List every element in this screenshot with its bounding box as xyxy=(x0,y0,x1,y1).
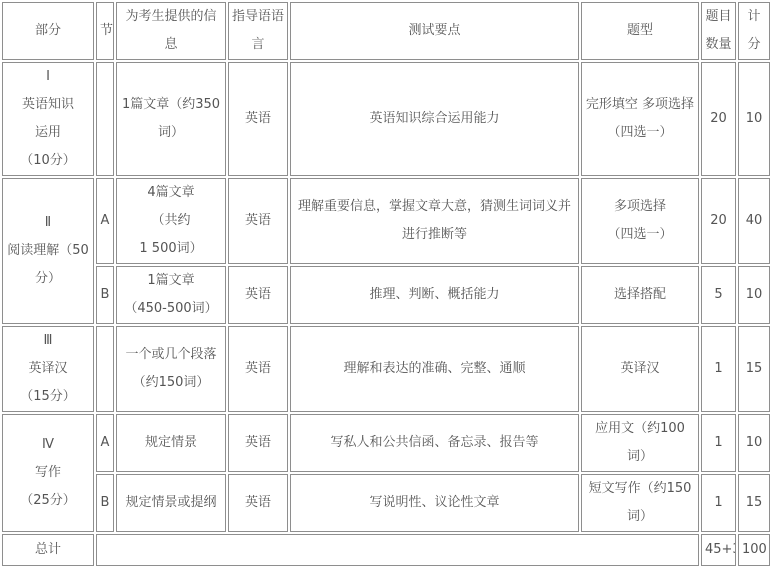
header-section: 节 xyxy=(96,2,114,60)
header-type: 题型 xyxy=(581,2,699,60)
total-count: 45+3 xyxy=(701,534,736,566)
part2a-count: 20 xyxy=(701,178,736,264)
part4a-type: 应用文（约100 词） xyxy=(581,414,699,472)
part2b-section: B xyxy=(96,266,114,324)
total-score: 100 xyxy=(738,534,770,566)
part4b-language: 英语 xyxy=(228,474,288,532)
part1-score: 10 xyxy=(738,62,770,176)
part1-part-label: Ⅰ 英语知识 运用 （10分） xyxy=(2,62,94,176)
header-language: 指导语语言 xyxy=(228,2,288,60)
row-part1: Ⅰ 英语知识 运用 （10分） 1篇文章（约350 词） 英语 英语知识综合运用… xyxy=(2,62,770,176)
part2b-type: 选择搭配 xyxy=(581,266,699,324)
part4-part-label: Ⅳ 写作 （25分） xyxy=(2,414,94,532)
header-row: 部分 节 为考生提供的信息 指导语语言 测试要点 题型 题目数量 计分 xyxy=(2,2,770,60)
part3-count: 1 xyxy=(701,326,736,412)
page: 部分 节 为考生提供的信息 指导语语言 测试要点 题型 题目数量 计分 Ⅰ 英语… xyxy=(0,0,773,566)
part4a-points: 写私人和公共信函、备忘录、报告等 xyxy=(290,414,579,472)
part4b-score: 15 xyxy=(738,474,770,532)
part1-language: 英语 xyxy=(228,62,288,176)
part4b-type: 短文写作（约150 词） xyxy=(581,474,699,532)
header-part: 部分 xyxy=(2,2,94,60)
part1-type: 完形填空 多项选择 （四选一） xyxy=(581,62,699,176)
part1-info: 1篇文章（约350 词） xyxy=(116,62,226,176)
header-points: 测试要点 xyxy=(290,2,579,60)
header-score: 计分 xyxy=(738,2,770,60)
part3-score: 15 xyxy=(738,326,770,412)
part2b-info: 1篇文章 （450-500词） xyxy=(116,266,226,324)
part2-part-label: Ⅱ 阅读理解（50 分） xyxy=(2,178,94,324)
part2a-info: 4篇文章 （共约 1 500词） xyxy=(116,178,226,264)
part2b-language: 英语 xyxy=(228,266,288,324)
part3-part-label: Ⅲ 英译汉 （15分） xyxy=(2,326,94,412)
part2a-type: 多项选择 （四选一） xyxy=(581,178,699,264)
part3-language: 英语 xyxy=(228,326,288,412)
part2a-points: 理解重要信息，掌握文章大意，猜测生词词义并进行推断等 xyxy=(290,178,579,264)
total-label: 总计 xyxy=(2,534,94,566)
total-empty-span xyxy=(96,534,699,566)
part2b-count: 5 xyxy=(701,266,736,324)
part4a-score: 10 xyxy=(738,414,770,472)
part1-count: 20 xyxy=(701,62,736,176)
part2b-points: 推理、判断、概括能力 xyxy=(290,266,579,324)
row-part4-a: Ⅳ 写作 （25分） A 规定情景 英语 写私人和公共信函、备忘录、报告等 应用… xyxy=(2,414,770,472)
part3-type: 英译汉 xyxy=(581,326,699,412)
header-info: 为考生提供的信息 xyxy=(116,2,226,60)
row-part2-b: B 1篇文章 （450-500词） 英语 推理、判断、概括能力 选择搭配 5 1… xyxy=(2,266,770,324)
row-total: 总计 45+3 100 xyxy=(2,534,770,566)
exam-structure-table: 部分 节 为考生提供的信息 指导语语言 测试要点 题型 题目数量 计分 Ⅰ 英语… xyxy=(0,0,772,566)
part4b-section: B xyxy=(96,474,114,532)
part3-section-empty xyxy=(96,326,114,412)
part4a-count: 1 xyxy=(701,414,736,472)
part4a-info: 规定情景 xyxy=(116,414,226,472)
part3-info: 一个或几个段落 （约150词） xyxy=(116,326,226,412)
part4b-info: 规定情景或提纲 xyxy=(116,474,226,532)
part4a-section: A xyxy=(96,414,114,472)
part2a-score: 40 xyxy=(738,178,770,264)
part2a-language: 英语 xyxy=(228,178,288,264)
row-part3: Ⅲ 英译汉 （15分） 一个或几个段落 （约150词） 英语 理解和表达的准确、… xyxy=(2,326,770,412)
part1-points: 英语知识综合运用能力 xyxy=(290,62,579,176)
row-part4-b: B 规定情景或提纲 英语 写说明性、议论性文章 短文写作（约150 词） 1 1… xyxy=(2,474,770,532)
part4a-language: 英语 xyxy=(228,414,288,472)
part4b-count: 1 xyxy=(701,474,736,532)
part4b-points: 写说明性、议论性文章 xyxy=(290,474,579,532)
part1-section-empty xyxy=(96,62,114,176)
part3-points: 理解和表达的准确、完整、通顺 xyxy=(290,326,579,412)
header-count: 题目数量 xyxy=(701,2,736,60)
row-part2-a: Ⅱ 阅读理解（50 分） A 4篇文章 （共约 1 500词） 英语 理解重要信… xyxy=(2,178,770,264)
part2a-section: A xyxy=(96,178,114,264)
part2b-score: 10 xyxy=(738,266,770,324)
